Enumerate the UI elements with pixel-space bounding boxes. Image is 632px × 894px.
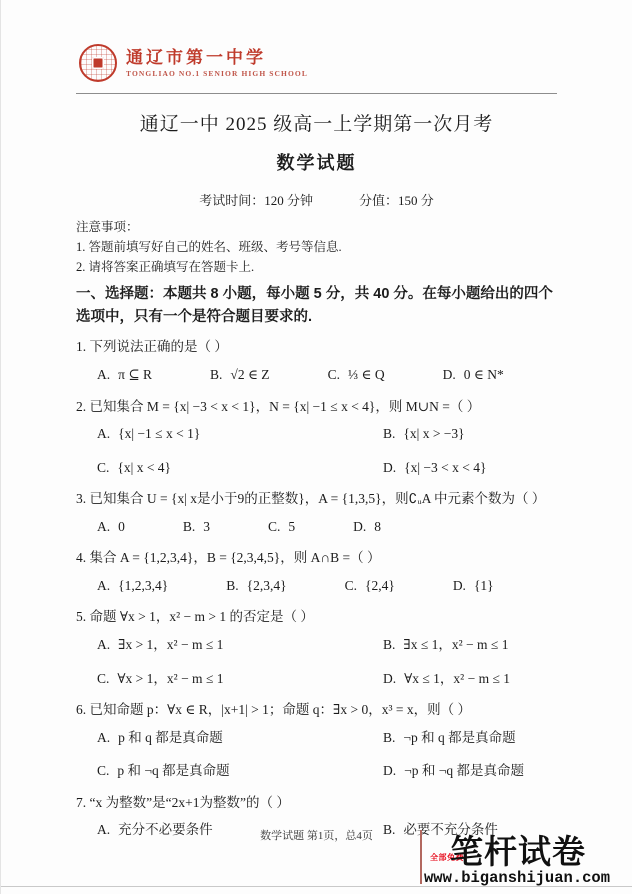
exam-subtitle: 数学试题 [76, 149, 557, 175]
option-label: B. [226, 578, 238, 593]
option-text: ¬p 和 ¬q 都是真命题 [404, 763, 524, 778]
option-A: A.π ⊆ R [97, 363, 152, 387]
options-group: A.∃x > 1，x² − m ≤ 1B.∃x ≤ 1，x² − m ≤ 1C.… [76, 633, 557, 691]
option-label: B. [210, 367, 222, 382]
question-stem: 3. 已知集合 U = {x| x是小于9的正整数}，A = {1,3,5}，则… [76, 489, 557, 510]
option-label: D. [383, 460, 396, 475]
school-emblem-core [92, 57, 104, 69]
option-text: p 和 q 都是真命题 [118, 730, 223, 745]
option-label: C. [97, 671, 109, 686]
option-C: C.{x| x < 4} [97, 456, 383, 480]
option-text: {x| −3 < x < 4} [404, 460, 486, 475]
option-D: D.{x| −3 < x < 4} [383, 456, 487, 480]
option-C: C.{2,4} [345, 574, 395, 598]
publisher-watermark: 全部免费 笔杆试卷 www.biganshijuan.com [424, 816, 624, 888]
option-B: B.¬p 和 q 都是真命题 [383, 726, 524, 750]
option-label: D. [443, 367, 456, 382]
exam-info: 考试时间：120 分钟 分值：150 分 [76, 190, 557, 209]
exam-score: 分值：150 分 [359, 190, 434, 209]
option-label: C. [345, 578, 357, 593]
exam-duration: 考试时间：120 分钟 [199, 190, 313, 209]
option-D: D.0 ∈ N* [443, 363, 504, 387]
option-C: C.⅓ ∈ Q [328, 363, 385, 387]
school-name-block: 通辽市第一中学 TONGLIAO NO.1 SENIOR HIGH SCHOOL [126, 48, 308, 79]
question-6: 6. 已知命题 p：∀x ∈ R，|x+1| > 1；命题 q：∃x > 0，x… [76, 700, 557, 784]
option-text: {2,3,4} [247, 578, 287, 593]
option-A: A.{1,2,3,4} [97, 574, 168, 598]
notice-item-2: 2. 请将答案正确填写在答题卡上. [76, 258, 557, 276]
option-A: A.0 [97, 515, 125, 539]
notice-section: 注意事项： 1. 答题前填写好自己的姓名、班级、考号等信息. 2. 请将答案正确… [76, 218, 557, 276]
option-B: B.3 [183, 515, 210, 539]
option-C: C.∀x > 1，x² − m ≤ 1 [97, 667, 383, 691]
option-label: A. [97, 519, 110, 534]
school-name-cn: 通辽市第一中学 [126, 48, 308, 68]
option-label: A. [97, 367, 110, 382]
option-text: ¬p 和 q 都是真命题 [403, 730, 515, 745]
option-text: p 和 ¬q 都是真命题 [117, 763, 229, 778]
option-text: 0 [118, 519, 125, 534]
option-text: ∀x ≤ 1，x² − m ≤ 1 [404, 671, 510, 686]
option-label: B. [183, 519, 195, 534]
question-stem: 6. 已知命题 p：∀x ∈ R，|x+1| > 1；命题 q：∃x > 0，x… [76, 700, 557, 721]
question-5: 5. 命题 ∀x > 1，x² − m > 1 的否定是（ ）A.∃x > 1，… [76, 607, 557, 691]
option-text: ∀x > 1，x² − m ≤ 1 [117, 671, 223, 686]
option-text: {x| x < 4} [117, 460, 171, 475]
option-C: C.p 和 ¬q 都是真命题 [97, 759, 383, 783]
option-label: A. [97, 730, 110, 745]
question-2: 2. 已知集合 M = {x| −3 < x < 1}，N = {x| −1 ≤… [76, 397, 557, 481]
option-D: D.8 [353, 515, 381, 539]
options-group: A.0B.3C.5D.8 [76, 515, 557, 539]
section-header: 一、选择题：本题共 8 小题，每小题 5 分，共 40 分。在每小题给出的四个选… [76, 283, 557, 328]
options-group: A.{1,2,3,4}B.{2,3,4}C.{2,4}D.{1} [76, 574, 557, 598]
option-text: ∃x > 1，x² − m ≤ 1 [118, 637, 223, 652]
option-label: D. [383, 763, 396, 778]
options-group: A.π ⊆ RB.√2 ∈ ZC.⅓ ∈ QD.0 ∈ N* [76, 363, 557, 387]
question-stem: 5. 命题 ∀x > 1，x² − m > 1 的否定是（ ） [76, 607, 557, 628]
school-name-en: TONGLIAO NO.1 SENIOR HIGH SCHOOL [126, 69, 308, 78]
page-bottom-divider [1, 886, 632, 887]
option-D: D.∀x ≤ 1，x² − m ≤ 1 [383, 667, 510, 691]
option-text: ⅓ ∈ Q [348, 367, 385, 382]
option-label: B. [383, 637, 395, 652]
option-text: π ⊆ R [118, 367, 152, 382]
option-C: C.5 [268, 515, 295, 539]
publisher-url: www.biganshijuan.com [424, 869, 610, 887]
exam-title: 通辽一中 2025 级高一上学期第一次月考 [76, 109, 557, 136]
notice-item-1: 1. 答题前填写好自己的姓名、班级、考号等信息. [76, 238, 557, 256]
school-emblem-icon [79, 44, 117, 82]
option-B: B.√2 ∈ Z [210, 363, 270, 387]
exam-page: 通辽市第一中学 TONGLIAO NO.1 SENIOR HIGH SCHOOL… [1, 0, 632, 894]
option-B: B.{2,3,4} [226, 574, 286, 598]
question-1: 1. 下列说法正确的是（ ）A.π ⊆ RB.√2 ∈ ZC.⅓ ∈ QD.0 … [76, 337, 557, 387]
option-label: C. [328, 367, 340, 382]
publisher-brand: 笔杆试卷 [450, 835, 586, 868]
header-divider [76, 93, 557, 94]
option-label: A. [97, 578, 110, 593]
question-stem: 2. 已知集合 M = {x| −3 < x < 1}，N = {x| −1 ≤… [76, 397, 557, 418]
question-stem: 1. 下列说法正确的是（ ） [76, 337, 557, 358]
option-text: {2,4} [365, 578, 395, 593]
option-B: B.∃x ≤ 1，x² − m ≤ 1 [383, 633, 510, 657]
option-label: A. [97, 637, 110, 652]
option-label: D. [383, 671, 396, 686]
option-label: C. [97, 460, 109, 475]
question-4: 4. 集合 A = {1,2,3,4}，B = {2,3,4,5}，则 A∩B … [76, 548, 557, 598]
option-text: {1} [474, 578, 494, 593]
option-A: A.∃x > 1，x² − m ≤ 1 [97, 633, 383, 657]
question-stem: 4. 集合 A = {1,2,3,4}，B = {2,3,4,5}，则 A∩B … [76, 548, 557, 569]
questions-list: 1. 下列说法正确的是（ ）A.π ⊆ RB.√2 ∈ ZC.⅓ ∈ QD.0 … [76, 337, 557, 842]
option-A: A.{x| −1 ≤ x < 1} [97, 422, 383, 446]
option-text: 3 [203, 519, 210, 534]
option-text: 8 [374, 519, 381, 534]
notice-heading: 注意事项： [76, 218, 557, 236]
option-text: {x| −1 ≤ x < 1} [118, 426, 200, 441]
option-text: ∃x ≤ 1，x² − m ≤ 1 [403, 637, 508, 652]
watermark-divider [420, 830, 422, 884]
option-A: A.p 和 q 都是真命题 [97, 726, 383, 750]
option-label: A. [97, 426, 110, 441]
option-text: √2 ∈ Z [230, 367, 269, 382]
option-B: B.{x| x > −3} [383, 422, 487, 446]
question-stem: 7. “x 为整数”是“2x+1为整数”的（ ） [76, 793, 557, 814]
option-text: 0 ∈ N* [464, 367, 504, 382]
option-label: B. [383, 730, 395, 745]
option-text: {x| x > −3} [403, 426, 464, 441]
option-label: B. [383, 426, 395, 441]
options-group: A.p 和 q 都是真命题B.¬p 和 q 都是真命题C.p 和 ¬q 都是真命… [76, 726, 557, 784]
option-D: D.¬p 和 ¬q 都是真命题 [383, 759, 524, 783]
option-label: C. [268, 519, 280, 534]
option-label: D. [453, 578, 466, 593]
option-label: C. [97, 763, 109, 778]
option-label: D. [353, 519, 366, 534]
question-3: 3. 已知集合 U = {x| x是小于9的正整数}，A = {1,3,5}，则… [76, 489, 557, 539]
options-group: A.{x| −1 ≤ x < 1}B.{x| x > −3}C.{x| x < … [76, 422, 557, 480]
option-text: {1,2,3,4} [118, 578, 168, 593]
school-header: 通辽市第一中学 TONGLIAO NO.1 SENIOR HIGH SCHOOL [79, 44, 557, 82]
option-D: D.{1} [453, 574, 494, 598]
option-text: 5 [288, 519, 295, 534]
